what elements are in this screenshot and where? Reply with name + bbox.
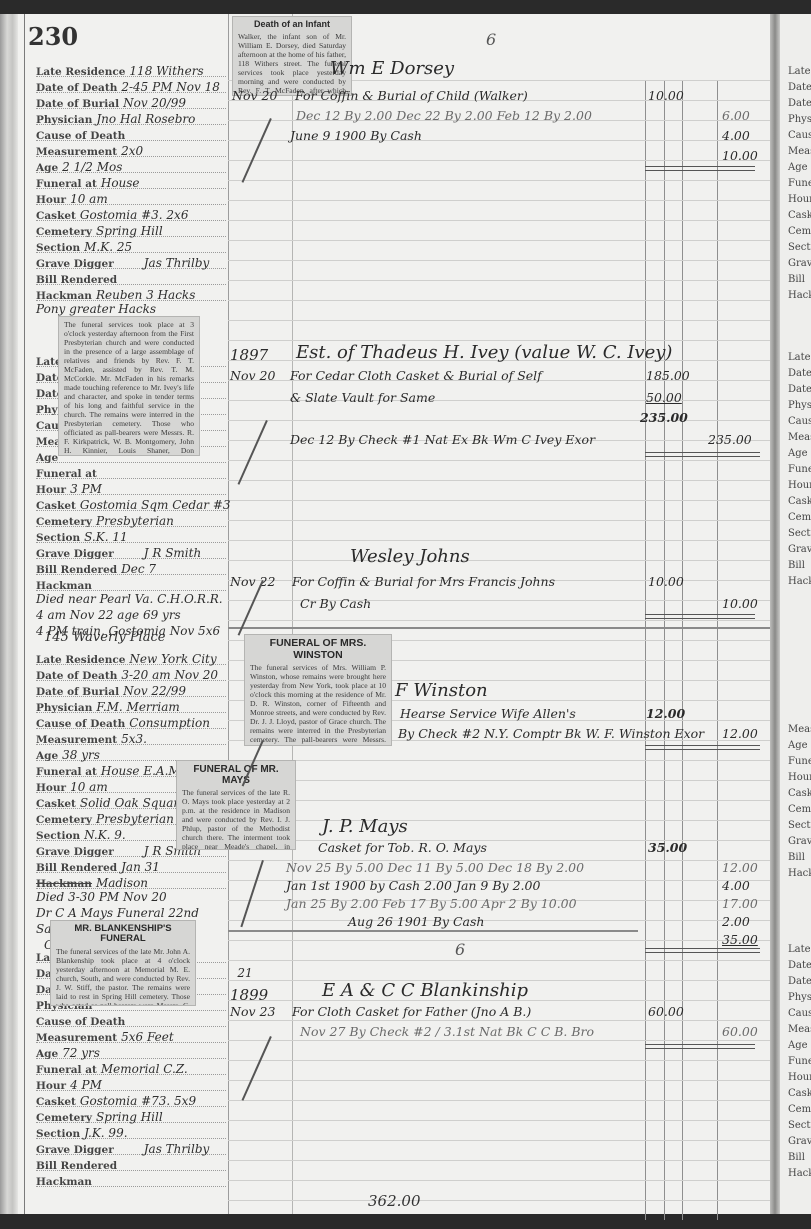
total-underline: [645, 614, 755, 619]
field-late-residence: Late Residence118 Withers: [36, 60, 226, 77]
field-hour: Hour4 PM: [36, 1074, 226, 1091]
field-bill-rendered: Bill RenderedDec 7: [36, 558, 226, 575]
entry-debit: 35.00: [648, 840, 687, 855]
field-funeral-at: Funeral at: [36, 462, 226, 479]
entry-text: Hearse Service Wife Allen's: [400, 706, 576, 721]
ruled-line: [228, 1160, 770, 1161]
entry-text: For Cedar Cloth Casket & Burial of Self: [290, 368, 542, 383]
entry-credit: 4.00: [722, 878, 750, 893]
entry-credit: 4.00: [722, 128, 750, 143]
total-underline: [645, 166, 755, 171]
entry-credit: 10.00: [722, 596, 758, 611]
ruled-line: [228, 340, 770, 341]
field-measurement: Measurement5x6 Feet: [36, 1026, 226, 1043]
ruled-line: [228, 1060, 770, 1061]
field-hackman: Hackman: [36, 574, 226, 591]
total-underline: [645, 745, 760, 750]
entry-text: Dec 12 By 2.00 Dec 22 By 2.00 Feb 12 By …: [296, 108, 592, 123]
entry-credit: 2.00: [722, 914, 750, 929]
entry-credit: 12.00: [722, 860, 758, 875]
field-section: SectionM.K. 25: [36, 236, 226, 253]
ruled-line: [228, 520, 770, 521]
field-cemetery: CemeterySpring Hill: [36, 1106, 226, 1123]
entry-text: June 9 1900 By Cash: [290, 128, 422, 143]
entry-text: Jan 1st 1900 by Cash 2.00 Jan 9 By 2.00: [286, 878, 540, 893]
account-name: Wesley Johns: [350, 546, 470, 567]
entry-debit: 10.00: [648, 574, 684, 589]
entry-text: & Slate Vault for Same: [290, 390, 435, 405]
ruled-line: [228, 1020, 770, 1021]
page-total: 362.00: [368, 1192, 421, 1210]
entry-debit: 10.00: [648, 88, 684, 103]
entry-debit: 185.00: [646, 368, 690, 383]
ruled-line: [228, 240, 770, 241]
field-funeral-at: Funeral atMemorial C.Z.: [36, 1058, 226, 1075]
clipping-ivey-funeral: The funeral services took place at 3 o'c…: [58, 316, 200, 456]
entry-text: For Cloth Casket for Father (Jno A B.): [292, 1004, 531, 1019]
account-name: Wm E Dorsey: [330, 58, 454, 79]
field-grave-digger: Grave DiggerJ R Smith: [36, 542, 226, 559]
field-casket: CasketGostomia #73. 5x9: [36, 1090, 226, 1107]
ruled-line: [228, 920, 770, 921]
facing-page-edge: Late Date Date Phys Caus Meas Age Fune H…: [780, 14, 811, 1214]
field-cause-of-death: Cause of Death: [36, 1010, 226, 1027]
entry-date: Nov 20: [232, 88, 277, 103]
ruled-line: [228, 220, 770, 221]
field-date-of-death: Date of Death2-45 PM Nov 18: [36, 76, 226, 93]
entry-year: 1899: [230, 986, 268, 1004]
ruled-line: [228, 960, 770, 961]
account-name: F Winston: [395, 680, 488, 701]
field-hackman: Hackman: [36, 1170, 226, 1187]
debit-cents-rule: [664, 80, 665, 1220]
field-cemetery: CemeterySpring Hill: [36, 220, 226, 237]
entry-credit: 6.00: [722, 108, 750, 123]
record-note: Died near Pearl Va. C.H.O.R.R.: [36, 592, 223, 606]
field-date-of-burial: Date of BurialNov 20/99: [36, 92, 226, 109]
ruled-line: [228, 420, 770, 421]
field-measurement: Measurement2x0: [36, 140, 226, 157]
ruled-line: [228, 460, 770, 461]
ruled-line: [228, 1040, 770, 1041]
field-hackman: HackmanMadison: [36, 872, 226, 889]
ruled-line: [228, 1180, 770, 1181]
section-divider: [228, 930, 638, 932]
record-note: 4 am Nov 22 age 69 yrs: [36, 608, 181, 622]
field-casket: CasketGostomia #3. 2x6: [36, 204, 226, 221]
field-age: Age2 1/2 Mos: [36, 156, 226, 173]
debit-column-rule: [645, 80, 646, 1220]
field-section: SectionJ.K. 99.: [36, 1122, 226, 1139]
ruled-line: [228, 540, 770, 541]
entry-text: For Coffin & Burial of Child (Walker): [295, 88, 528, 103]
ruled-line: [228, 1140, 770, 1141]
ruled-line: [228, 320, 770, 321]
field-measurement: Measurement5x3.: [36, 728, 226, 745]
entry-credit: 60.00: [722, 1024, 758, 1039]
field-bill-rendered: Bill RenderedJan 31: [36, 856, 226, 873]
ruled-line: [228, 840, 770, 841]
field-funeral-at: Funeral atHouse: [36, 172, 226, 189]
total-underline: [645, 948, 760, 953]
ruled-line: [228, 180, 770, 181]
date-column-rule: [292, 14, 293, 1214]
section-divider: [228, 627, 770, 629]
ruled-line: [228, 620, 770, 621]
field-cause-of-death: Cause of DeathConsumption: [36, 712, 226, 729]
page-gutter: [770, 14, 780, 1214]
entry-credit: 235.00: [708, 432, 752, 447]
ruled-line: [228, 1120, 770, 1121]
entry-debit: 50.00: [646, 390, 682, 405]
ruled-line: [228, 800, 770, 801]
ruled-line: [228, 820, 770, 821]
form-ledger-divider: [228, 14, 229, 1214]
credit-column-rule: [682, 80, 683, 1220]
entry-debit: 60.00: [648, 1004, 684, 1019]
entry-text: Cr By Cash: [300, 596, 371, 611]
entry-text: Aug 26 1901 By Cash: [348, 914, 484, 929]
ledger-mark: 6: [455, 940, 465, 959]
entry-credit: 17.00: [722, 896, 758, 911]
ruled-line: [228, 760, 770, 761]
entry-credit: 12.00: [722, 726, 758, 741]
field-casket: CasketGostomia Sqm Cedar #3: [36, 494, 226, 511]
field-physician: PhysicianF.M. Merriam: [36, 696, 226, 713]
field-grave-digger: Grave DiggerJas Thrilby: [36, 1138, 226, 1155]
field-section: SectionS.K. 11: [36, 526, 226, 543]
ruled-line: [228, 260, 770, 261]
account-name: E A & C C Blankinship: [322, 980, 528, 1001]
account-name: Est. of Thadeus H. Ivey (value W. C. Ive…: [296, 342, 672, 363]
field-hackman: HackmanReuben 3 Hacks: [36, 284, 226, 301]
ruled-line: [228, 1200, 770, 1201]
entry-text: Dec 12 By Check #1 Nat Ex Bk Wm C Ivey E…: [290, 432, 595, 447]
ruled-line: [228, 480, 770, 481]
ruled-line: [228, 780, 770, 781]
record-note: Died 3-30 PM Nov 20: [36, 890, 167, 904]
entry-year: 1897: [230, 346, 268, 364]
field-date-of-death: Date of Death3-20 am Nov 20: [36, 664, 226, 681]
book-binding: [0, 14, 18, 1214]
entry-date: Nov 20: [230, 368, 275, 383]
entry-text: Jan 25 By 2.00 Feb 17 By 5.00 Apr 2 By 1…: [286, 896, 577, 911]
entry-date: Nov 22: [230, 574, 275, 589]
clipping-funeral-mrs-winston: FUNERAL OF MRS. WINSTON The funeral serv…: [244, 634, 392, 746]
record-note: Pony greater Hacks: [36, 302, 156, 316]
ruled-line: [228, 560, 770, 561]
page-number: 230: [28, 22, 78, 51]
field-hour: Hour10 am: [36, 188, 226, 205]
account-name: J. P. Mays: [322, 816, 408, 837]
ruled-line: [228, 1100, 770, 1101]
ledger-mark: 6: [486, 30, 496, 49]
field-physician: PhysicianJno Hal Rosebro: [36, 108, 226, 125]
total-underline: [645, 1044, 755, 1049]
field-late-residence: Late ResidenceNew York City: [36, 648, 226, 665]
record-address-note: 145 Waverly Place: [44, 630, 165, 645]
ruled-line: [228, 280, 770, 281]
credit-cents-rule: [717, 80, 718, 1220]
entry-text: Nov 27 By Check #2 / 3.1st Nat Bk C C B.…: [300, 1024, 594, 1039]
field-date-of-burial: Date of BurialNov 22/99: [36, 680, 226, 697]
entry-total: 35.00: [722, 932, 758, 947]
record-note: Dr C A Mays Funeral 22nd: [36, 906, 199, 920]
entry-total: 10.00: [722, 148, 758, 163]
entry-subtotal: 235.00: [640, 410, 688, 425]
entry-text: By Check #2 N.Y. Comptr Bk W. F. Winston…: [398, 726, 704, 741]
ruled-line: [228, 160, 770, 161]
entry-text: Casket for Tob. R. O. Mays: [318, 840, 487, 855]
ruled-line: [228, 200, 770, 201]
entry-debit: 12.00: [646, 706, 685, 721]
binding-rule: [24, 14, 25, 1214]
ruled-line: [228, 300, 770, 301]
entry-text: For Coffin & Burial for Mrs Francis John…: [292, 574, 555, 589]
field-bill-rendered: Bill Rendered: [36, 268, 226, 285]
entry-date: Nov 23: [230, 1004, 275, 1019]
entry-text: Nov 25 By 5.00 Dec 11 By 5.00 Dec 18 By …: [286, 860, 584, 875]
field-bill-rendered: Bill Rendered: [36, 1154, 226, 1171]
field-age: Age38 yrs: [36, 744, 226, 761]
ruled-line: [228, 500, 770, 501]
field-cause-of-death: Cause of Death: [36, 124, 226, 141]
clipping-blankenship-funeral: MR. BLANKENSHIP'S FUNERAL The funeral se…: [50, 920, 196, 1006]
clipping-funeral-mr-mays: FUNERAL OF MR. MAYS The funeral services…: [176, 760, 296, 850]
ruled-line: [228, 940, 770, 941]
field-cemetery: CemeteryPresbyterian: [36, 510, 226, 527]
field-grave-digger: Grave DiggerJas Thrilby: [36, 252, 226, 269]
field-hour: Hour3 PM: [36, 478, 226, 495]
clipping-death-of-infant: Death of an Infant Walker, the infant so…: [232, 16, 352, 96]
field-age: Age72 yrs: [36, 1042, 226, 1059]
ruled-line: [228, 1080, 770, 1081]
total-underline: [645, 452, 760, 457]
